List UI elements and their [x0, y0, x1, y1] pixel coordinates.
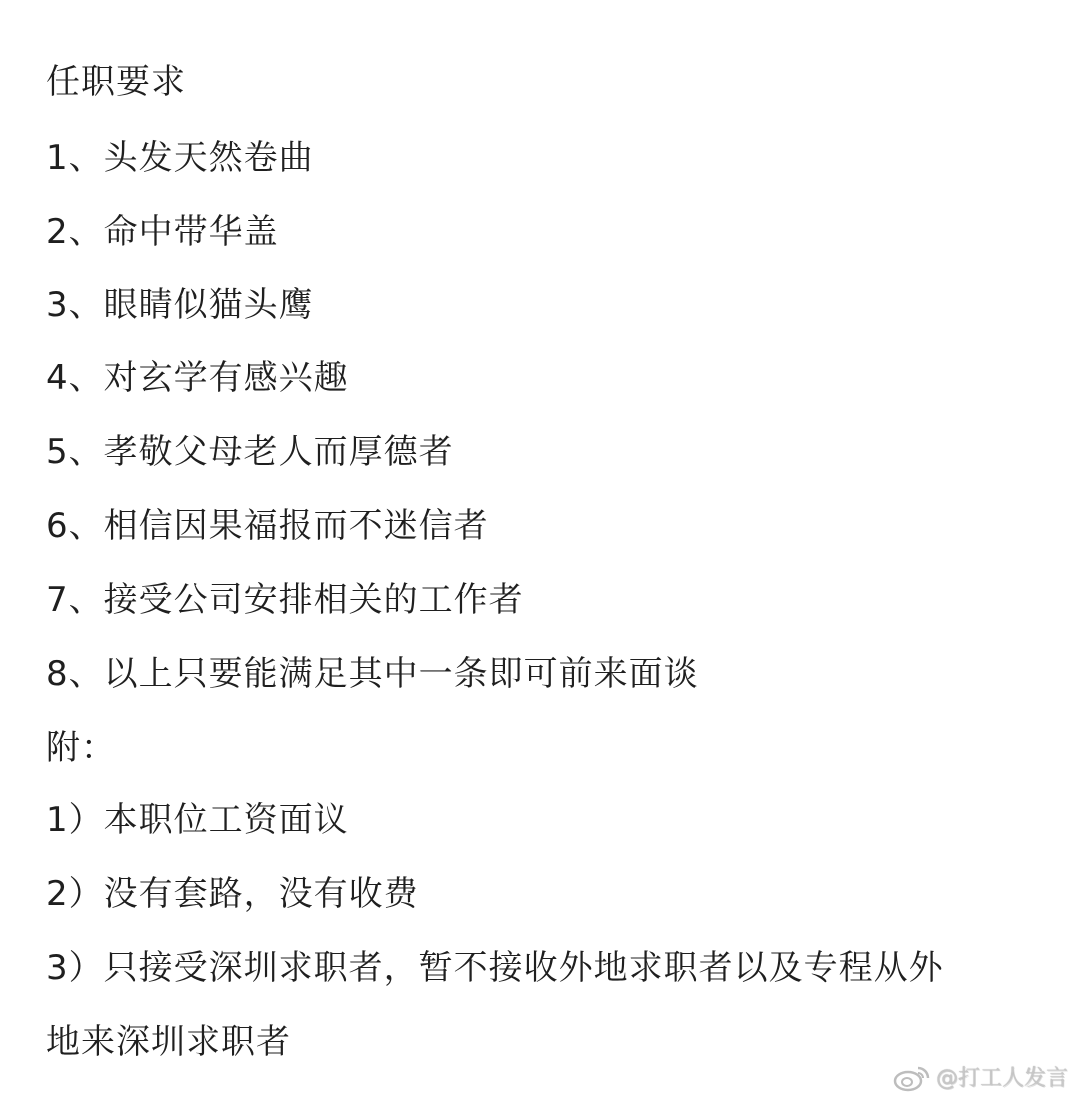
document-title: 任职要求: [46, 62, 186, 102]
requirement-item: 2、命中带华盖: [46, 212, 279, 252]
requirement-item: 8、以上只要能满足其中一条即可前来面谈: [46, 654, 699, 694]
requirement-item: 5、孝敬父母老人而厚德者: [46, 432, 454, 472]
requirement-item: 1、头发天然卷曲: [46, 138, 314, 178]
appendix-item: 2）没有套路，没有收费: [46, 874, 419, 914]
requirement-item: 3、眼睛似猫头鹰: [46, 285, 314, 325]
requirement-item: 7、接受公司安排相关的工作者: [46, 580, 524, 620]
requirement-item: 6、相信因果福报而不迷信者: [46, 506, 489, 546]
requirement-item: 4、对玄学有感兴趣: [46, 358, 349, 398]
appendix-item: 1）本职位工资面议: [46, 800, 349, 840]
weibo-icon: [892, 1062, 932, 1092]
watermark-text: @打工人发言: [936, 1061, 1068, 1092]
appendix-label: 附：: [46, 728, 116, 768]
weibo-watermark: @打工人发言: [892, 1061, 1068, 1092]
appendix-item-continued: 地来深圳求职者: [46, 1022, 291, 1062]
appendix-item: 3）只接受深圳求职者，暂不接收外地求职者以及专程从外: [46, 948, 944, 988]
